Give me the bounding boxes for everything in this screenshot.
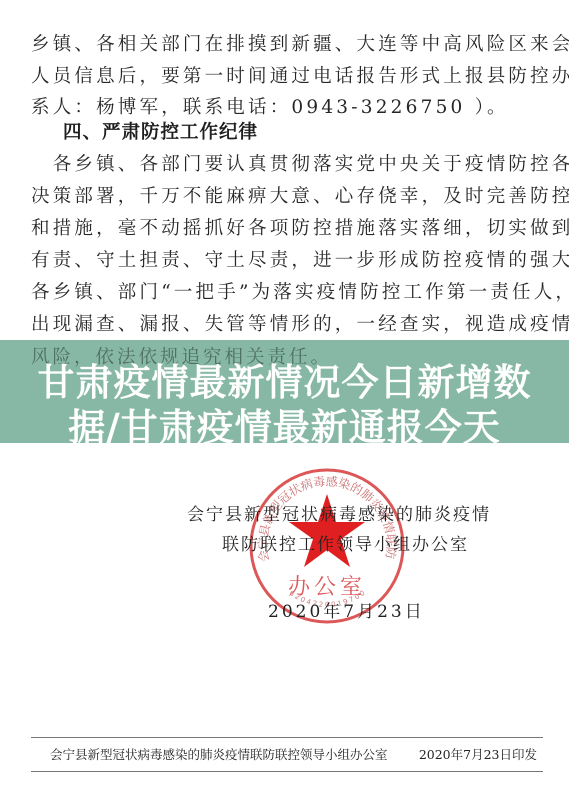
banner-title-line-2: 据/甘肃疫情最新通报今天 [0,397,569,451]
paragraph-line: 各乡镇、各部门要认真贯彻落实党中央关于疫情防控各项 [31,150,546,176]
footer-top-rule [31,737,543,738]
footer-bottom-rule [31,771,543,772]
paragraph-line: 决策部署，千万不能麻痹大意、心存侥幸，及时完善防控策略 [31,182,546,208]
paragraph-line: 有责、守土担责、守土尽责，进一步形成防控疫情的强大合力。 [31,246,546,272]
signature-org-line-1: 会宁县新型冠状病毒感染的肺炎疫情 [187,500,491,525]
signature-org-line-2: 联防联控工作领导小组办公室 [222,530,469,555]
signature-date: 2020年7月23日 [268,597,425,622]
paragraph-line: 人员信息后，要第一时间通过电话报告形式上报县防控办（联 [31,62,546,88]
footer-issue-date: 2020年7月23日印发 [419,745,537,763]
paragraph-line: 出现漏查、漏报、失管等情形的，一经查实，视造成疫情传播 [31,310,546,336]
paragraph-line: 和措施，毫不动摇抓好各项防控措施落实落细，切实做到守土 [31,214,546,240]
paragraph-line: 乡镇、各相关部门在排摸到新疆、大连等中高风险区来会返会 [31,30,546,56]
footer-issuer: 会宁县新型冠状病毒感染的肺炎疫情联防联控领导小组办公室 [50,745,388,763]
paragraph-line: 各乡镇、部门“一把手”为落实疫情防控工作第一责任人，对 [31,278,546,304]
paragraph-line contact-line: 系人：杨博军，联系电话：0943-3226750 ）。 [31,93,546,119]
section-heading: 四、严肃防控工作纪律 [63,118,258,144]
